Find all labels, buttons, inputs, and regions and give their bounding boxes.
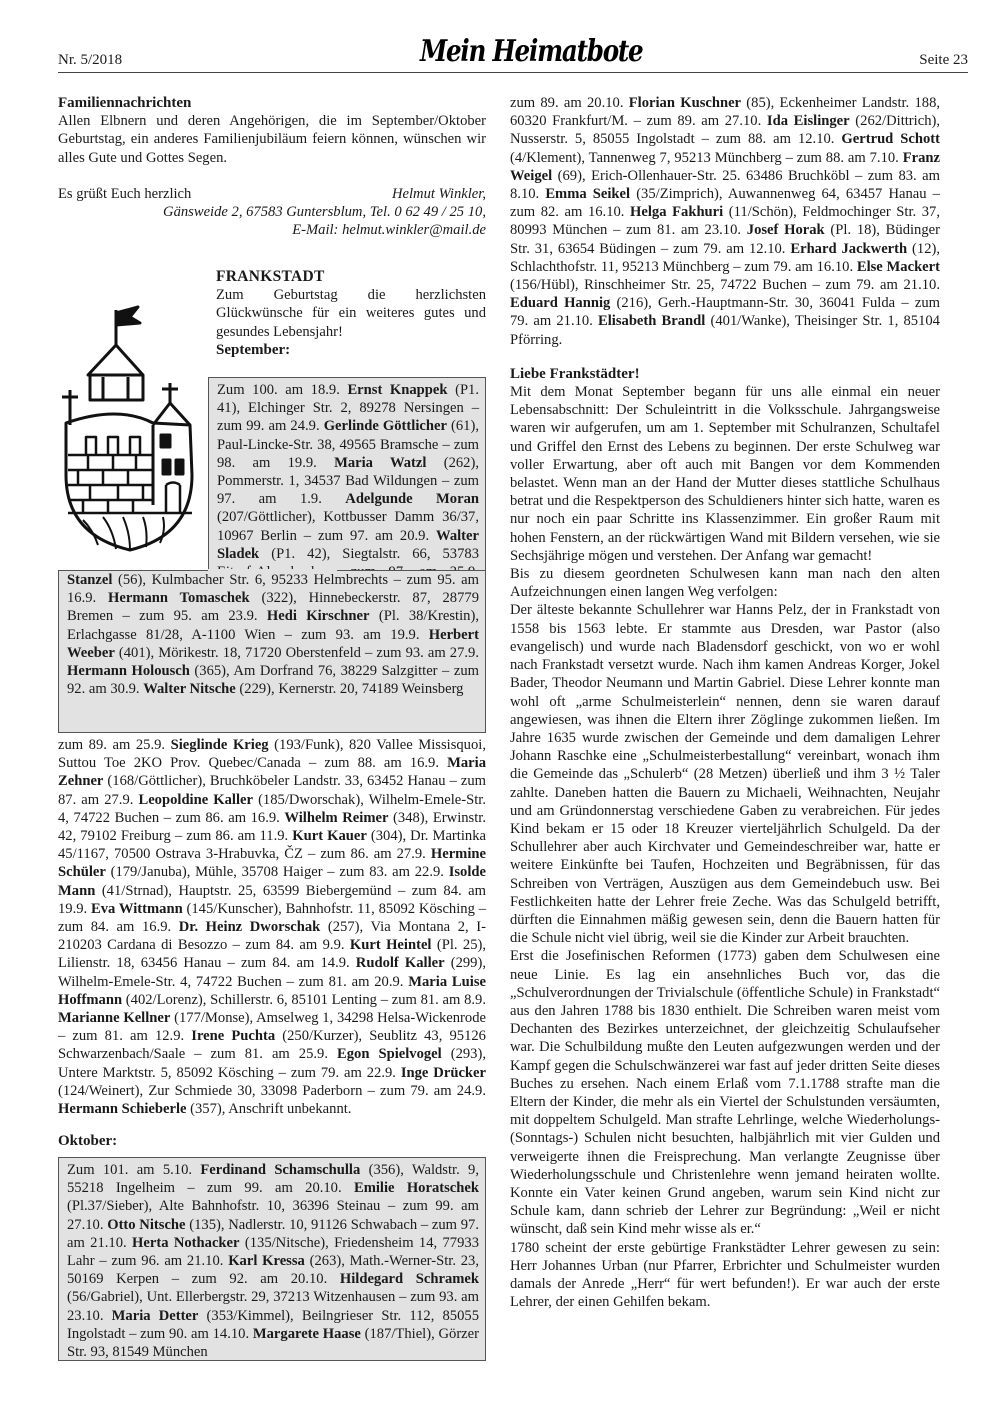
sender-name: Helmut Winkler, <box>392 185 486 203</box>
greeting: Es grüßt Euch herzlich <box>58 185 191 203</box>
section-title: Familiennachrichten <box>58 94 486 112</box>
person-name: Maria Detter <box>112 1308 199 1324</box>
person-name: Isolde Mann <box>58 864 486 898</box>
september-label: September: <box>216 341 486 359</box>
page-number: Seite 23 <box>919 52 968 69</box>
person-name: Hermann Tomaschek <box>108 590 250 606</box>
september-birthdays-list: zum 89. am 25.9. Sieglinde Krieg (193/Fu… <box>58 736 486 1118</box>
person-name: Egon Spielvogel <box>337 1046 442 1062</box>
person-name: Hedi Kirschner <box>267 608 370 624</box>
oktober-highlight-box: Zum 101. am 5.10. Ferdinand Schamschulla… <box>58 1157 486 1361</box>
person-name: Otto Nitsche <box>107 1217 185 1233</box>
article-paragraph-3: Der älteste bekannte Schullehrer war Han… <box>510 601 940 947</box>
greeting-row: Es grüßt Euch herzlich Helmut Winkler, <box>58 185 486 203</box>
frankstadt-greeting: Zum Geburtstag die herzlichsten Glückwün… <box>216 286 486 341</box>
person-name: Gerlinde Göttlicher <box>324 418 447 434</box>
section-body: Allen Elbnern und deren Angehörigen, die… <box>58 112 486 167</box>
familiennachrichten-section: Familiennachrichten Allen Elbnern und de… <box>58 94 486 239</box>
september-box-text: Zum 100. am 18.9. Ernst Knappek (P1. 41)… <box>217 382 479 598</box>
september-highlight-box: Zum 100. am 18.9. Ernst Knappek (P1. 41)… <box>208 377 486 571</box>
sender-email: E-Mail: helmut.winkler@mail.de <box>58 221 486 239</box>
september-highlight-box-continued: Stanzel (56), Kulmbacher Str. 6, 95233 H… <box>58 570 486 733</box>
person-name: Gertrud Schott <box>841 131 940 147</box>
oktober-birthdays-list: zum 89. am 20.10. Florian Kuschner (85),… <box>510 94 940 349</box>
person-name: Eduard Hannig <box>510 295 610 311</box>
person-name: Eva Wittmann <box>91 901 183 917</box>
castle-crest-icon <box>58 305 200 555</box>
oktober-label: Oktober: <box>58 1133 117 1150</box>
right-column: zum 89. am 20.10. Florian Kuschner (85),… <box>510 94 940 1311</box>
person-name: Marianne Kellner <box>58 1010 170 1026</box>
person-name: Else Mackert <box>857 259 940 275</box>
article-paragraph-1: Mit dem Monat September begann für uns a… <box>510 383 940 565</box>
person-name: Ernst Knappek <box>347 382 447 398</box>
person-name: Elisabeth Brandl <box>598 313 705 329</box>
person-name: Stanzel <box>67 572 112 588</box>
person-name: Hermann Holousch <box>67 663 190 679</box>
article-paragraph-2: Bis zu diesem geordneten Schulwesen kann… <box>510 565 940 601</box>
person-name: Maria Luise Hoffmann <box>58 974 486 1008</box>
person-name: Josef Horak <box>747 222 825 238</box>
person-name: Herbert Weeber <box>67 627 479 661</box>
person-name: Irene Puchta <box>191 1028 275 1044</box>
person-name: Hildegard Schramek <box>340 1271 479 1287</box>
september-list-text: zum 89. am 25.9. Sieglinde Krieg (193/Fu… <box>58 737 486 1117</box>
issue-number: Nr. 5/2018 <box>58 52 122 69</box>
person-name: Leopoldine Kaller <box>138 792 253 808</box>
person-name: Maria Zehner <box>58 755 486 789</box>
person-name: Walter Nitsche <box>143 681 236 697</box>
sender-address: Gänsweide 2, 67583 Guntersblum, Tel. 0 6… <box>58 203 486 221</box>
person-name: Florian Kuschner <box>629 95 741 111</box>
person-name: Inge Drücker <box>401 1065 486 1081</box>
person-name: Emilie Horatschek <box>354 1180 479 1196</box>
article-paragraph-4: Erst die Josefinischen Reformen (1773) g… <box>510 947 940 1238</box>
person-name: Emma Seikel <box>545 186 630 202</box>
person-name: Rudolf Kaller <box>356 955 445 971</box>
oktober-box-text: Zum 101. am 5.10. Ferdinand Schamschulla… <box>67 1162 479 1360</box>
person-name: Dr. Heinz Dworschak <box>179 919 321 935</box>
person-name: Margarete Haase <box>253 1326 361 1342</box>
person-name: Ferdinand Schamschulla <box>200 1162 360 1178</box>
person-name: Walter Sladek <box>217 528 479 562</box>
person-name: Ida Eislinger <box>767 113 850 129</box>
article-paragraph-5: 1780 scheint der erste gebürtige Frankst… <box>510 1239 940 1312</box>
person-name: Franz Weigel <box>510 150 940 184</box>
person-name: Maria Watzl <box>334 455 426 471</box>
article-title: Liebe Frankstädter! <box>510 365 940 383</box>
person-name: Erhard Jackwerth <box>790 241 907 257</box>
frankstadt-title: FRANKSTADT <box>216 268 486 286</box>
person-name: Hermine Schüler <box>58 846 486 880</box>
person-name: Adelgunde Moran <box>345 491 479 507</box>
person-name: Kurt Heintel <box>350 937 432 953</box>
september-box-text-continued: Stanzel (56), Kulmbacher Str. 6, 95233 H… <box>67 572 479 697</box>
person-name: Helga Fakhuri <box>630 204 723 220</box>
person-name: Sieglinde Krieg <box>171 737 269 753</box>
person-name: Kurt Kauer <box>292 828 367 844</box>
masthead-logo: Mein Heimatbote <box>420 34 642 69</box>
person-name: Wilhelm Reimer <box>284 810 388 826</box>
page-header: Nr. 5/2018 Mein Heimatbote Seite 23 <box>58 36 968 73</box>
person-name: Herta Nothacker <box>132 1235 239 1251</box>
frankstadt-intro: FRANKSTADT Zum Geburtstag die herzlichst… <box>216 268 486 359</box>
person-name: Karl Kressa <box>228 1253 305 1269</box>
person-name: Hermann Schieberle <box>58 1101 187 1117</box>
